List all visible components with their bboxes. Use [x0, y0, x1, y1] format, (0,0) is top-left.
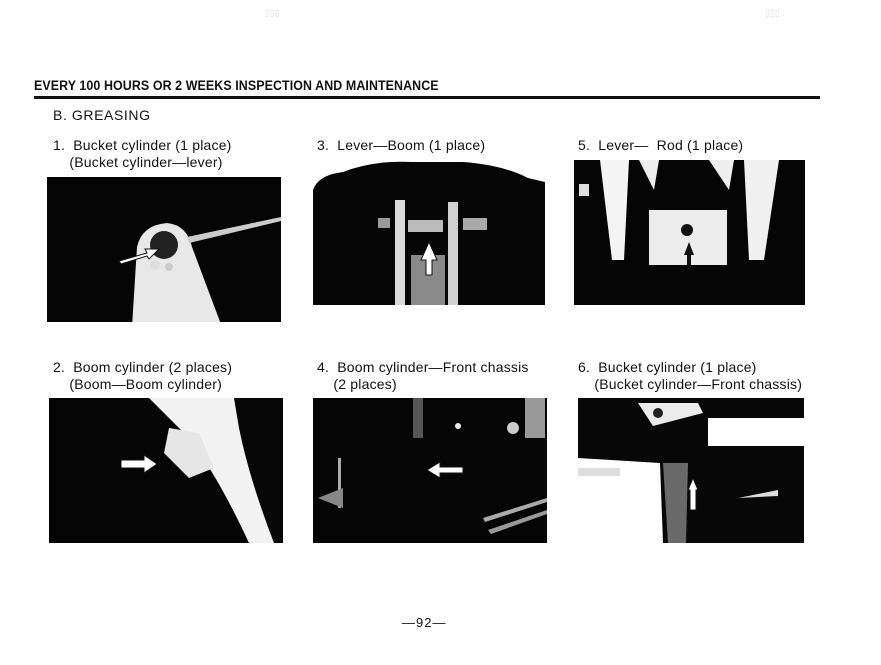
bucket-cylinder-front-chassis-photo	[578, 398, 804, 543]
caption-item-3: 3. Lever—Boom (1 place)	[317, 137, 485, 154]
section-title: EVERY 100 HOURS OR 2 WEEKS INSPECTION AN…	[34, 78, 439, 93]
heading-rule	[34, 96, 820, 99]
arrow-left-icon	[427, 462, 463, 478]
faint-mark: ▯▯▯ .	[765, 8, 785, 19]
arrow-right-icon	[121, 455, 157, 473]
caption-item-4: 4. Boom cylinder—Front chassis (2 places…	[317, 359, 529, 393]
caption-item-5: 5. Lever— Rod (1 place)	[578, 137, 743, 154]
boom-cylinder-front-chassis-photo	[313, 398, 547, 543]
subsection-title: B. GREASING	[53, 107, 151, 123]
page-number: —92—	[402, 615, 446, 630]
faint-mark: ▯▯▯	[265, 8, 280, 19]
caption-item-1: 1. Bucket cylinder (1 place) (Bucket cyl…	[53, 137, 232, 171]
bucket-cylinder-lever-photo	[47, 177, 281, 322]
caption-item-6: 6. Bucket cylinder (1 place) (Bucket cyl…	[578, 359, 802, 393]
lever-rod-photo	[574, 160, 805, 305]
lever-boom-photo	[313, 160, 545, 305]
boom-cylinder-photo	[49, 398, 283, 543]
caption-item-2: 2. Boom cylinder (2 places) (Boom—Boom c…	[53, 359, 232, 393]
